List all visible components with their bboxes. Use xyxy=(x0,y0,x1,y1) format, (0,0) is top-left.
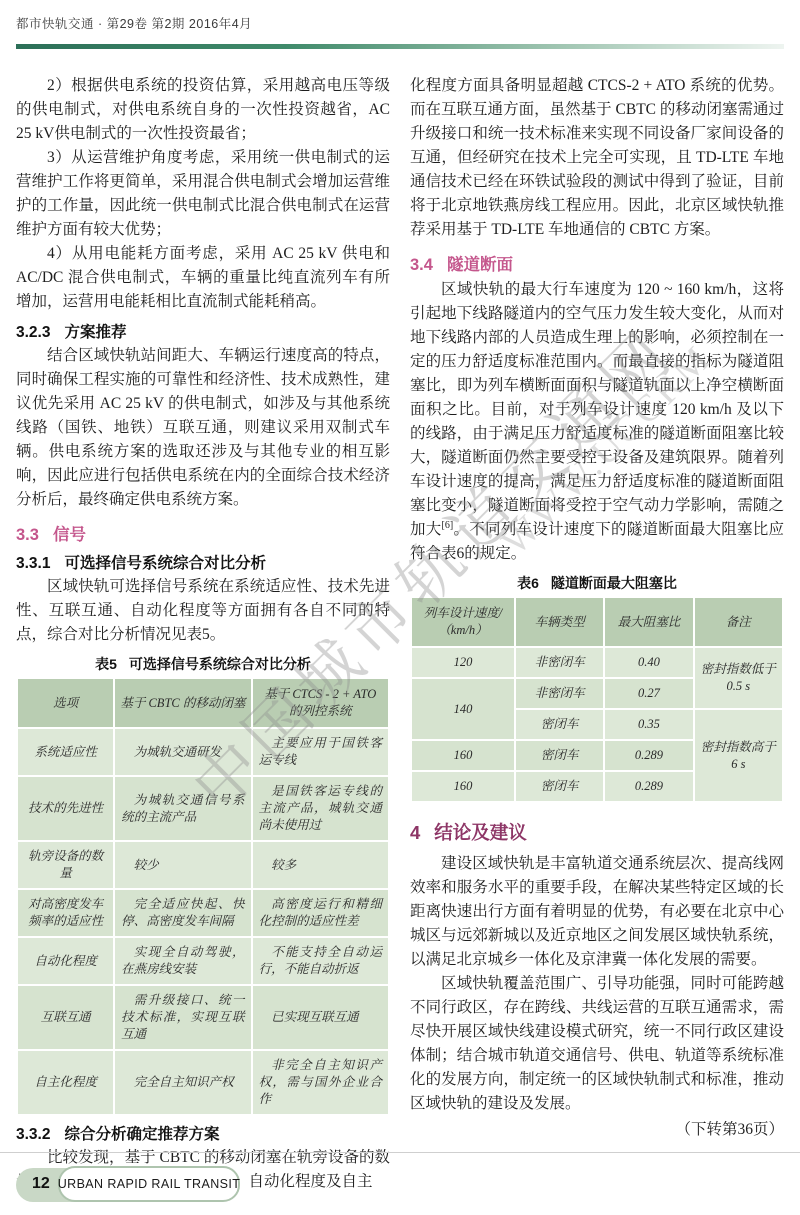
table-cell: 0.289 xyxy=(605,741,692,770)
footer-badge: 12 URBAN RAPID RAIL TRANSIT xyxy=(16,1168,236,1202)
table-cell: 0.40 xyxy=(605,648,692,677)
paragraph-3-3-1: 区域快轨可选择信号系统在系统适应性、技术先进性、互联互通、自动化程度等方面拥有各… xyxy=(16,575,390,647)
journal-name-pill: URBAN RAPID RAIL TRANSIT xyxy=(58,1166,240,1202)
paragraph-3-4: 区域快轨的最大行车速度为 120 ~ 160 km/h，这将引起地下线路隧道内的… xyxy=(410,278,784,566)
table-cell: 0.35 xyxy=(605,710,692,739)
paragraph-conclusion-1: 建设区域快轨是丰富轨道交通系统层次、提高线网效率和服务水平的重要手段，在解决某些… xyxy=(410,852,784,972)
table-cell: 主要应用于国铁客运专线 xyxy=(253,729,388,775)
table-cell: 非密闭车 xyxy=(516,648,603,677)
table-cell: 完全自主知识产权 xyxy=(115,1051,250,1114)
table-cell: 已实现互联互通 xyxy=(253,986,388,1049)
table-header-cell: 备注 xyxy=(695,598,782,646)
table-cell: 非完全自主知识产权，需与国外企业合作 xyxy=(253,1051,388,1114)
table-5-header-row: 选项 基于 CBTC 的移动闭塞 基于 CTCS - 2 + ATO 的列控系统 xyxy=(18,679,388,727)
header-gradient-rule xyxy=(16,44,784,49)
table-cell: 轨旁设备的数量 xyxy=(18,842,113,888)
heading-3-3-2: 3.3.2综合分析确定推荐方案 xyxy=(16,1122,390,1144)
left-column: 2）根据供电系统的投资估算，采用越高电压等级的供电制式，对供电系统自身的一次性投… xyxy=(16,74,390,1194)
table-cell: 实现全自动驾驶，在燕房线安装 xyxy=(115,938,250,984)
table-cell-note: 密封指数高于6 s xyxy=(695,710,782,801)
page-number: 12 xyxy=(32,1175,50,1193)
table-6-caption: 表6隧道断面最大阻塞比 xyxy=(410,573,784,593)
heading-3-2-3: 3.2.3方案推荐 xyxy=(16,320,390,342)
journal-page: 都市快轨交通 · 第29卷 第2期 2016年4月 中国城市轨道交通网 WWW.… xyxy=(0,0,800,1215)
journal-name-en: URBAN RAPID RAIL TRANSIT xyxy=(58,1177,241,1191)
table-cell: 较多 xyxy=(253,842,388,888)
paragraph-conclusion-2: 区域快轨覆盖范围广、引导功能强，同时可能跨越不同行政区，存在跨线、共线运营的互联… xyxy=(410,972,784,1116)
table-row: 自动化程度 实现全自动驾驶，在燕房线安装 不能支持全自动运行，不能自动折返 xyxy=(18,938,388,984)
journal-header-text: 都市快轨交通 · 第29卷 第2期 2016年4月 xyxy=(16,14,252,32)
table-header-cell: 基于 CBTC 的移动闭塞 xyxy=(115,679,250,727)
table-cell: 技术的先进性 xyxy=(18,777,113,840)
table-cell: 0.27 xyxy=(605,679,692,708)
footer-rule xyxy=(0,1152,800,1153)
list-item-4: 4）从用电能耗方面考虑，采用 AC 25 kV 供电和AC/DC 混合供电制式，… xyxy=(16,242,390,314)
table-cell: 是国铁客运专线的主流产品，城轨交通尚未使用过 xyxy=(253,777,388,840)
table-cell: 非密闭车 xyxy=(516,679,603,708)
table-cell: 0.289 xyxy=(605,772,692,801)
right-column: 化程度方面具备明显超越 CTCS-2 + ATO 系统的优势。而在互联互通方面，… xyxy=(410,74,784,1142)
table-row: 自主化程度 完全自主知识产权 非完全自主知识产权，需与国外企业合作 xyxy=(18,1051,388,1114)
table-cell: 对高密度发车频率的适应性 xyxy=(18,890,113,936)
table-6: 列车设计速度/（km/h） 车辆类型 最大阻塞比 备注 120 非密闭车 0.4… xyxy=(410,596,784,803)
table-cell-note: 密封指数低于0.5 s xyxy=(695,648,782,708)
table-5: 选项 基于 CBTC 的移动闭塞 基于 CTCS - 2 + ATO 的列控系统… xyxy=(16,677,390,1116)
table-header-cell: 车辆类型 xyxy=(516,598,603,646)
table-cell: 160 xyxy=(412,741,514,770)
heading-4: 4结论及建议 xyxy=(410,819,784,845)
table-cell: 密闭车 xyxy=(516,710,603,739)
table-cell: 密闭车 xyxy=(516,741,603,770)
reference-marker: [6] xyxy=(442,520,454,531)
table-cell: 120 xyxy=(412,648,514,677)
table-cell: 160 xyxy=(412,772,514,801)
table-cell: 密闭车 xyxy=(516,772,603,801)
heading-3-4: 3.4隧道断面 xyxy=(410,251,784,275)
list-item-3: 3）从运营维护角度考虑，采用统一供电制式的运营维护工作将更简单，采用混合供电制式… xyxy=(16,146,390,242)
table-row: 技术的先进性 为城轨交通信号系统的主流产品 是国铁客运专线的主流产品，城轨交通尚… xyxy=(18,777,388,840)
table-5-caption: 表5可选择信号系统综合对比分析 xyxy=(16,654,390,674)
table-cell: 为城轨交通研发 xyxy=(115,729,250,775)
table-header-cell: 基于 CTCS - 2 + ATO 的列控系统 xyxy=(253,679,388,727)
table-6-header-row: 列车设计速度/（km/h） 车辆类型 最大阻塞比 备注 xyxy=(412,598,782,646)
table-cell: 互联互通 xyxy=(18,986,113,1049)
table-header-cell: 选项 xyxy=(18,679,113,727)
continuation-note: （下转第36页） xyxy=(410,1118,784,1142)
table-header-cell: 列车设计速度/（km/h） xyxy=(412,598,514,646)
table-cell: 自动化程度 xyxy=(18,938,113,984)
table-cell: 需升级接口、统一技术标准，实现互联互通 xyxy=(115,986,250,1049)
table-cell: 系统适应性 xyxy=(18,729,113,775)
paragraph-continuation: 化程度方面具备明显超越 CTCS-2 + ATO 系统的优势。而在互联互通方面，… xyxy=(410,74,784,242)
table-row: 轨旁设备的数量 较少 较多 xyxy=(18,842,388,888)
table-header-cell: 最大阻塞比 xyxy=(605,598,692,646)
table-cell: 为城轨交通信号系统的主流产品 xyxy=(115,777,250,840)
table-row: 120 非密闭车 0.40 密封指数低于0.5 s xyxy=(412,648,782,677)
list-item-2: 2）根据供电系统的投资估算，采用越高电压等级的供电制式，对供电系统自身的一次性投… xyxy=(16,74,390,146)
table-row: 对高密度发车频率的适应性 完全适应快起、快停、高密度发车间隔 高密度运行和精细化… xyxy=(18,890,388,936)
paragraph-3-2-3: 结合区域快轨站间距大、车辆运行速度高的特点，同时确保工程实施的可靠性和经济性、技… xyxy=(16,344,390,512)
table-cell: 完全适应快起、快停、高密度发车间隔 xyxy=(115,890,250,936)
table-cell: 自主化程度 xyxy=(18,1051,113,1114)
table-cell: 不能支持全自动运行，不能自动折返 xyxy=(253,938,388,984)
table-row: 系统适应性 为城轨交通研发 主要应用于国铁客运专线 xyxy=(18,729,388,775)
table-cell: 高密度运行和精细化控制的适应性差 xyxy=(253,890,388,936)
table-row: 互联互通 需升级接口、统一技术标准，实现互联互通 已实现互联互通 xyxy=(18,986,388,1049)
table-cell: 140 xyxy=(412,679,514,739)
heading-3-3-1: 3.3.1可选择信号系统综合对比分析 xyxy=(16,551,390,573)
heading-3-3: 3.3信号 xyxy=(16,521,390,545)
table-cell: 较少 xyxy=(115,842,250,888)
